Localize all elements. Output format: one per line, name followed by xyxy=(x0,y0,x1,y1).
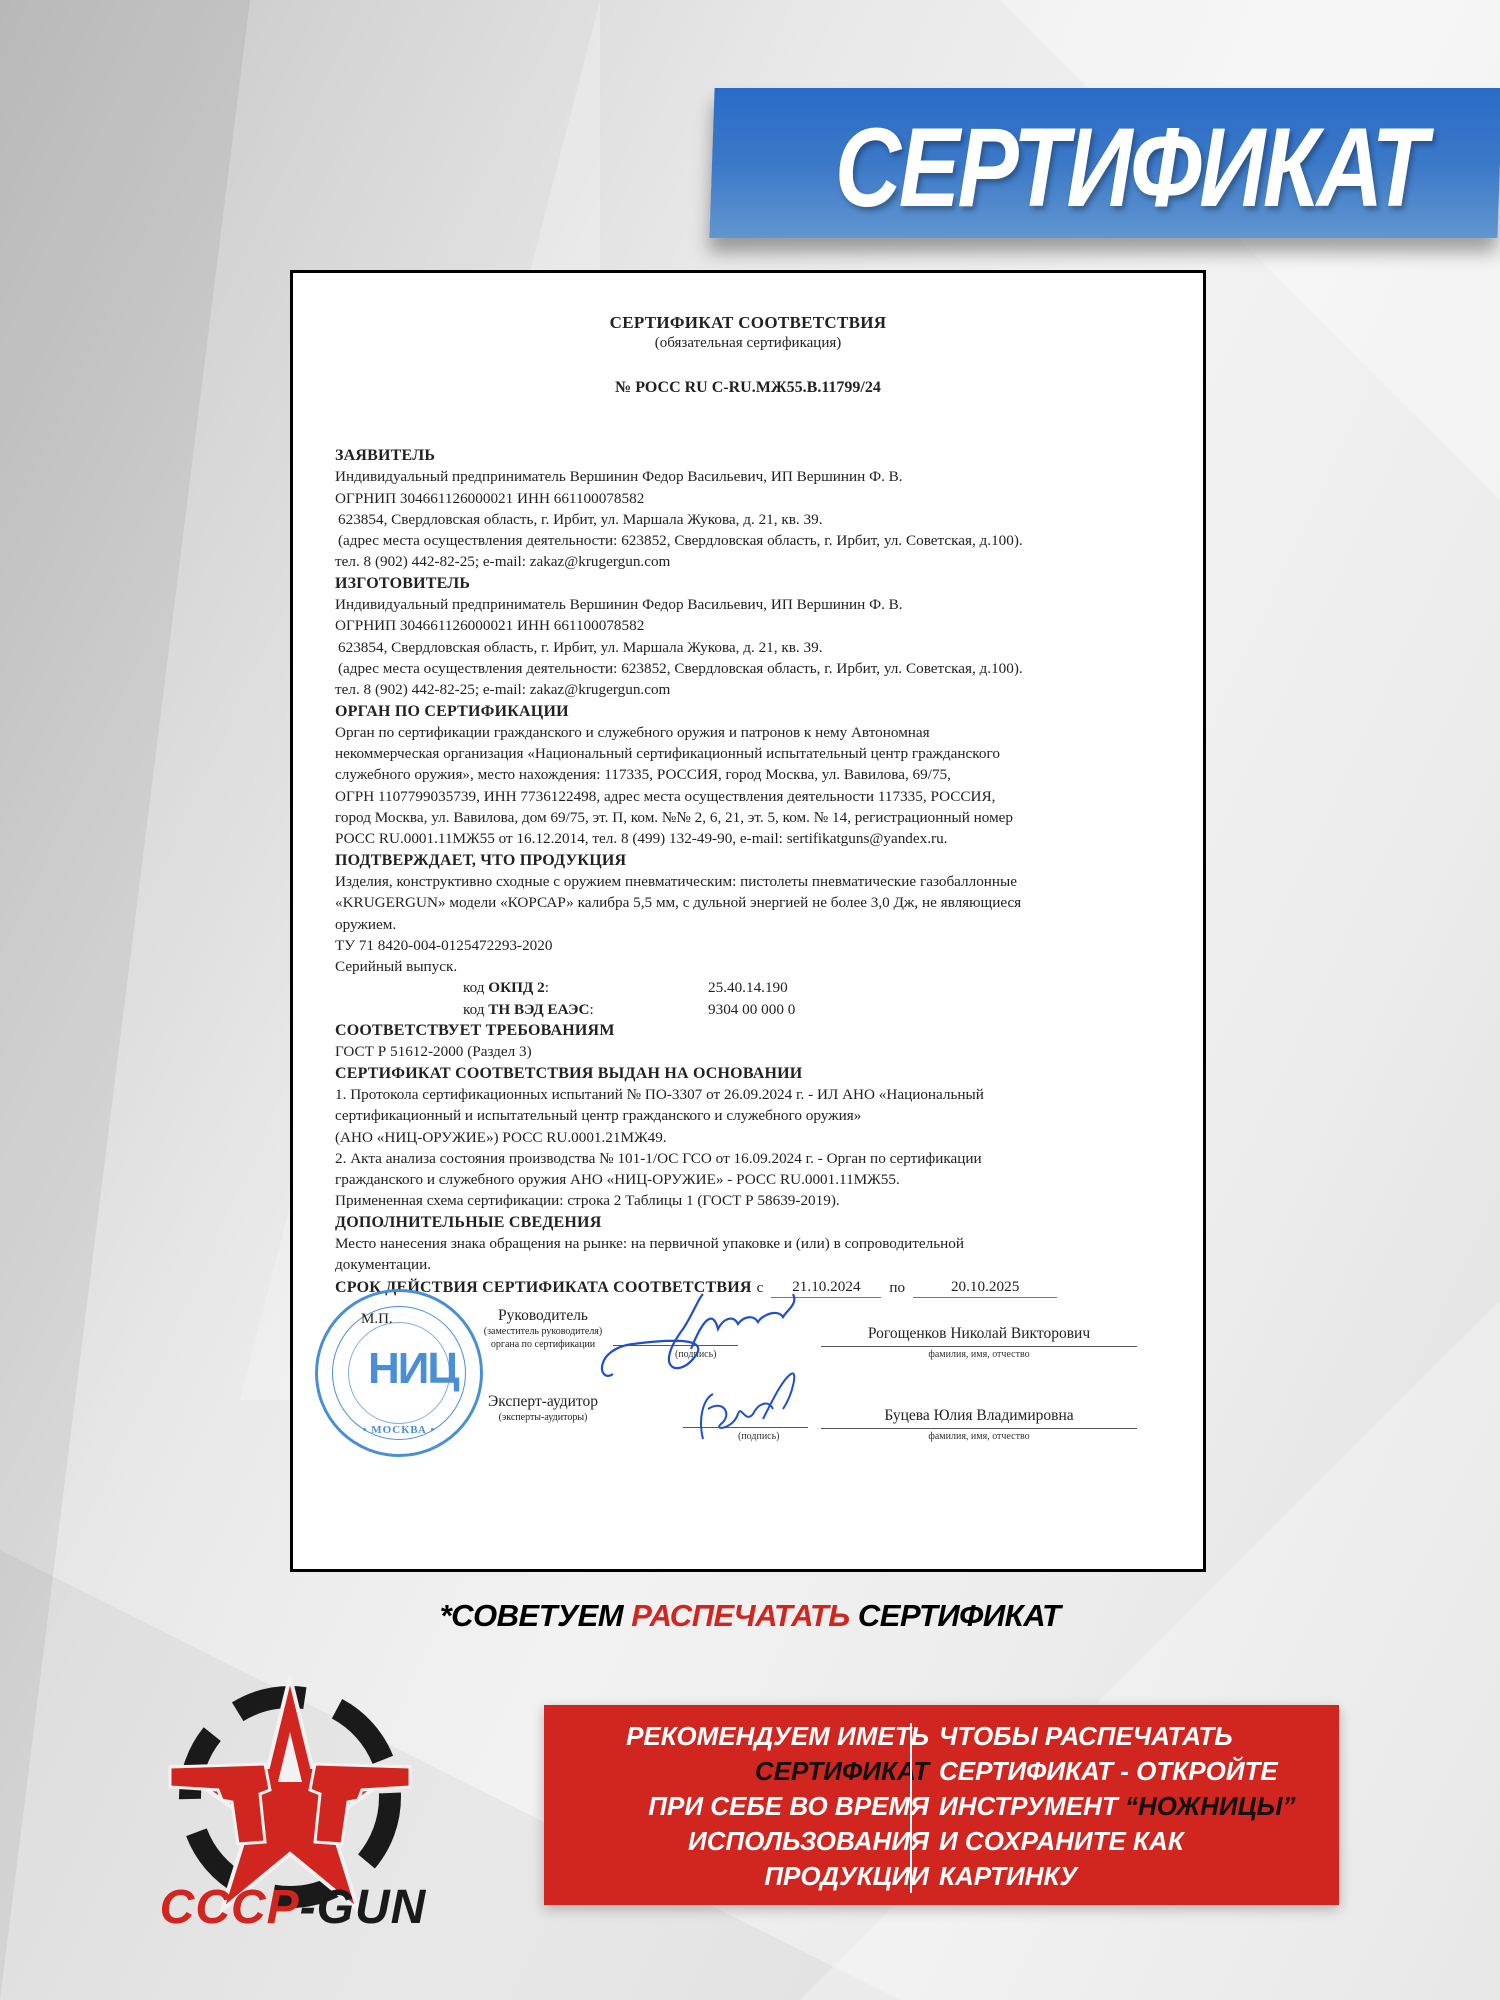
info-panel: РЕКОМЕНДУЕМ ИМЕТЬ СЕРТИФИКАТ ПРИ СЕБЕ ВО… xyxy=(544,1705,1339,1905)
info-right-line: КАРТИНКУ xyxy=(939,1859,1329,1894)
info-right-line: ИНСТРУМЕНТ “НОЖНИЦЫ” xyxy=(939,1789,1329,1824)
applicant-line: Индивидуальный предприниматель Вершинин … xyxy=(335,466,1175,487)
manufacturer-line: Индивидуальный предприниматель Вершинин … xyxy=(335,594,1175,615)
section-heading-basis: СЕРТИФИКАТ СООТВЕТСТВИЯ ВЫДАН НА ОСНОВАН… xyxy=(335,1063,1175,1084)
head-role-note: органа по сертификации xyxy=(483,1338,603,1351)
code-suffix: : xyxy=(545,979,549,996)
manufacturer-line: 623854, Свердловская область, г. Ирбит, … xyxy=(335,637,1175,658)
code-value: 25.40.14.190 xyxy=(708,977,788,998)
official-stamp-icon: НИЦ • МОСКВА • xyxy=(315,1289,483,1457)
additional-line: Место нанесения знака обращения на рынке… xyxy=(335,1233,1175,1254)
basis-line: 1. Протокола сертификационных испытаний … xyxy=(335,1084,1175,1105)
info-left-line: ПРИ СЕБЕ ВО ВРЕМЯ xyxy=(564,1789,929,1824)
certificate-body: ЗАЯВИТЕЛЬ Индивидуальный предприниматель… xyxy=(335,445,1175,1298)
additional-line: документации. xyxy=(335,1254,1175,1275)
brand-text-red: СССР xyxy=(160,1881,300,1934)
applicant-line: ОГРНИП 304661126000021 ИНН 661100078582 xyxy=(335,488,1175,509)
info-divider xyxy=(910,1723,912,1893)
basis-line: Примененная схема сертификации: строка 2… xyxy=(335,1190,1175,1211)
code-prefix: код xyxy=(463,979,488,996)
certificate-title: СЕРТИФИКАТ СООТВЕТСТВИЯ xyxy=(293,313,1203,333)
manufacturer-details: Индивидуальный предприниматель Вершинин … xyxy=(335,594,1175,700)
section-heading-additional: ДОПОЛНИТЕЛЬНЫЕ СВЕДЕНИЯ xyxy=(335,1212,1175,1233)
info-right-column: ЧТОБЫ РАСПЕЧАТАТЬ СЕРТИФИКАТ - ОТКРОЙТЕ … xyxy=(939,1719,1329,1894)
head-name-caption: фамилия, имя, отчество xyxy=(821,1349,1137,1360)
basis-line: (АНО «НИЦ-ОРУЖИЕ») РОСС RU.0001.21МЖ49. xyxy=(335,1127,1175,1148)
signature-block: НИЦ • МОСКВА • М.П. Руководитель (замест… xyxy=(293,1289,1203,1459)
code-suffix: : xyxy=(589,1001,593,1018)
product-line: Серийный выпуск. xyxy=(335,956,1175,977)
expert-signature-icon xyxy=(673,1369,813,1449)
code-name: ТН ВЭД ЕАЭС xyxy=(488,1001,589,1018)
info-left-line: ПРОДУКЦИИ xyxy=(564,1859,929,1894)
code-name: ОКПД 2 xyxy=(488,979,544,996)
certificate-number: № РОСС RU С-RU.МЖ55.В.11799/24 xyxy=(293,379,1203,397)
info-left-line: РЕКОМЕНДУЕМ ИМЕТЬ xyxy=(564,1719,929,1754)
info-right-text: ИНСТРУМЕНТ xyxy=(939,1791,1125,1821)
info-left-line: СЕРТИФИКАТ xyxy=(564,1754,929,1789)
applicant-details: Индивидуальный предприниматель Вершинин … xyxy=(335,466,1175,572)
info-right-accent: “НОЖНИЦЫ” xyxy=(1125,1791,1296,1821)
product-line: Изделия, конструктивно сходные с оружием… xyxy=(335,871,1175,892)
advice-text: СЕРТИФИКАТ xyxy=(850,1598,1061,1633)
product-line: «KRUGERGUN» модели «КОРСАР» калибра 5,5 … xyxy=(335,892,1175,913)
stamp-emblem: НИЦ xyxy=(368,1344,458,1394)
basis-line: 2. Акта анализа состояния производства №… xyxy=(335,1148,1175,1169)
info-right-line: СЕРТИФИКАТ - ОТКРОЙТЕ xyxy=(939,1754,1329,1789)
certification-body-line: некоммерческая организация «Национальный… xyxy=(335,743,1175,764)
manufacturer-line: тел. 8 (902) 442-82-25; e-mail: zakaz@kr… xyxy=(335,679,1175,700)
manufacturer-line: ОГРНИП 304661126000021 ИНН 661100078582 xyxy=(335,615,1175,636)
certification-body-line: город Москва, ул. Вавилова, дом 69/75, э… xyxy=(335,807,1175,828)
advice-text: *СОВЕТУЕМ xyxy=(440,1598,632,1633)
head-name-line xyxy=(821,1346,1137,1347)
code-value: 9304 00 000 0 xyxy=(708,999,795,1020)
requirements-line: ГОСТ Р 51612-2000 (Раздел 3) xyxy=(335,1041,1175,1062)
print-advice: *СОВЕТУЕМ РАСПЕЧАТАТЬ СЕРТИФИКАТ xyxy=(0,1598,1500,1634)
info-left-column: РЕКОМЕНДУЕМ ИМЕТЬ СЕРТИФИКАТ ПРИ СЕБЕ ВО… xyxy=(564,1719,929,1894)
info-left-line: ИСПОЛЬЗОВАНИЯ xyxy=(564,1824,929,1859)
basis-line: гражданского и служебного оружия АНО «НИ… xyxy=(335,1169,1175,1190)
expert-role-note: (эксперты-аудиторы) xyxy=(478,1411,608,1424)
head-full-name: Рогощенков Николай Викторович xyxy=(821,1325,1137,1343)
head-role-note: (заместитель руководителя) xyxy=(483,1325,603,1338)
expert-role-title: Эксперт-аудитор xyxy=(478,1393,608,1411)
head-role: Руководитель (заместитель руководителя) … xyxy=(483,1307,603,1351)
info-right-line: И СОХРАНИТЕ КАК xyxy=(939,1824,1329,1859)
section-heading-requirements: СООТВЕТСТВУЕТ ТРЕБОВАНИЯМ xyxy=(335,1020,1175,1041)
product-line: оружием. xyxy=(335,914,1175,935)
expert-name-caption: фамилия, имя, отчество xyxy=(821,1431,1137,1442)
product-code-tnved: код ТН ВЭД ЕАЭС: 9304 00 000 0 xyxy=(335,999,1175,1020)
applicant-line: 623854, Свердловская область, г. Ирбит, … xyxy=(335,509,1175,530)
manufacturer-line: (адрес места осуществления деятельности:… xyxy=(335,658,1175,679)
basis-line: сертификационный и испытательный центр г… xyxy=(335,1105,1175,1126)
section-heading-certification-body: ОРГАН ПО СЕРТИФИКАЦИИ xyxy=(335,701,1175,722)
banner-title: СЕРТИФИКАТ xyxy=(835,92,1425,242)
applicant-line: (адрес места осуществления деятельности:… xyxy=(335,530,1175,551)
brand-logo-text: СССР-GUN xyxy=(158,1880,428,1935)
basis-details: 1. Протокола сертификационных испытаний … xyxy=(335,1084,1175,1212)
certification-body-line: РОСС RU.0001.11МЖ55 от 16.12.2014, тел. … xyxy=(335,828,1175,849)
product-line: ТУ 71 8420-004-0125472293-2020 xyxy=(335,935,1175,956)
certification-body-line: Орган по сертификации гражданского и слу… xyxy=(335,722,1175,743)
certification-body-line: ОГРН 1107799035739, ИНН 7736122498, адре… xyxy=(335,786,1175,807)
product-details: Изделия, конструктивно сходные с оружием… xyxy=(335,871,1175,1020)
product-code-okpd: код ОКПД 2: 25.40.14.190 xyxy=(335,977,1175,998)
info-right-line: ЧТОБЫ РАСПЕЧАТАТЬ xyxy=(939,1719,1329,1754)
applicant-line: тел. 8 (902) 442-82-25; e-mail: zakaz@kr… xyxy=(335,551,1175,572)
stamp-city: • МОСКВА • xyxy=(318,1424,480,1436)
section-heading-applicant: ЗАЯВИТЕЛЬ xyxy=(335,445,1175,466)
head-role-title: Руководитель xyxy=(483,1307,603,1325)
certificate-document: СЕРТИФИКАТ СООТВЕТСТВИЯ (обязательная се… xyxy=(290,270,1206,1572)
expert-name-line xyxy=(821,1428,1137,1429)
brand-text-dark: -GUN xyxy=(300,1881,427,1934)
certification-body-details: Орган по сертификации гражданского и слу… xyxy=(335,722,1175,850)
stamp-place-label: М.П. xyxy=(361,1311,393,1328)
certification-body-line: служебного оружия», место нахождения: 11… xyxy=(335,764,1175,785)
code-prefix: код xyxy=(463,1001,488,1018)
section-heading-manufacturer: ИЗГОТОВИТЕЛЬ xyxy=(335,573,1175,594)
certificate-subtitle: (обязательная сертификация) xyxy=(293,335,1203,352)
advice-accent-text: РАСПЕЧАТАТЬ xyxy=(631,1598,850,1633)
expert-role: Эксперт-аудитор (эксперты-аудиторы) xyxy=(478,1393,608,1424)
expert-full-name: Буцева Юлия Владимировна xyxy=(821,1407,1137,1425)
section-heading-product: ПОДТВЕРЖДАЕТ, ЧТО ПРОДУКЦИЯ xyxy=(335,850,1175,871)
